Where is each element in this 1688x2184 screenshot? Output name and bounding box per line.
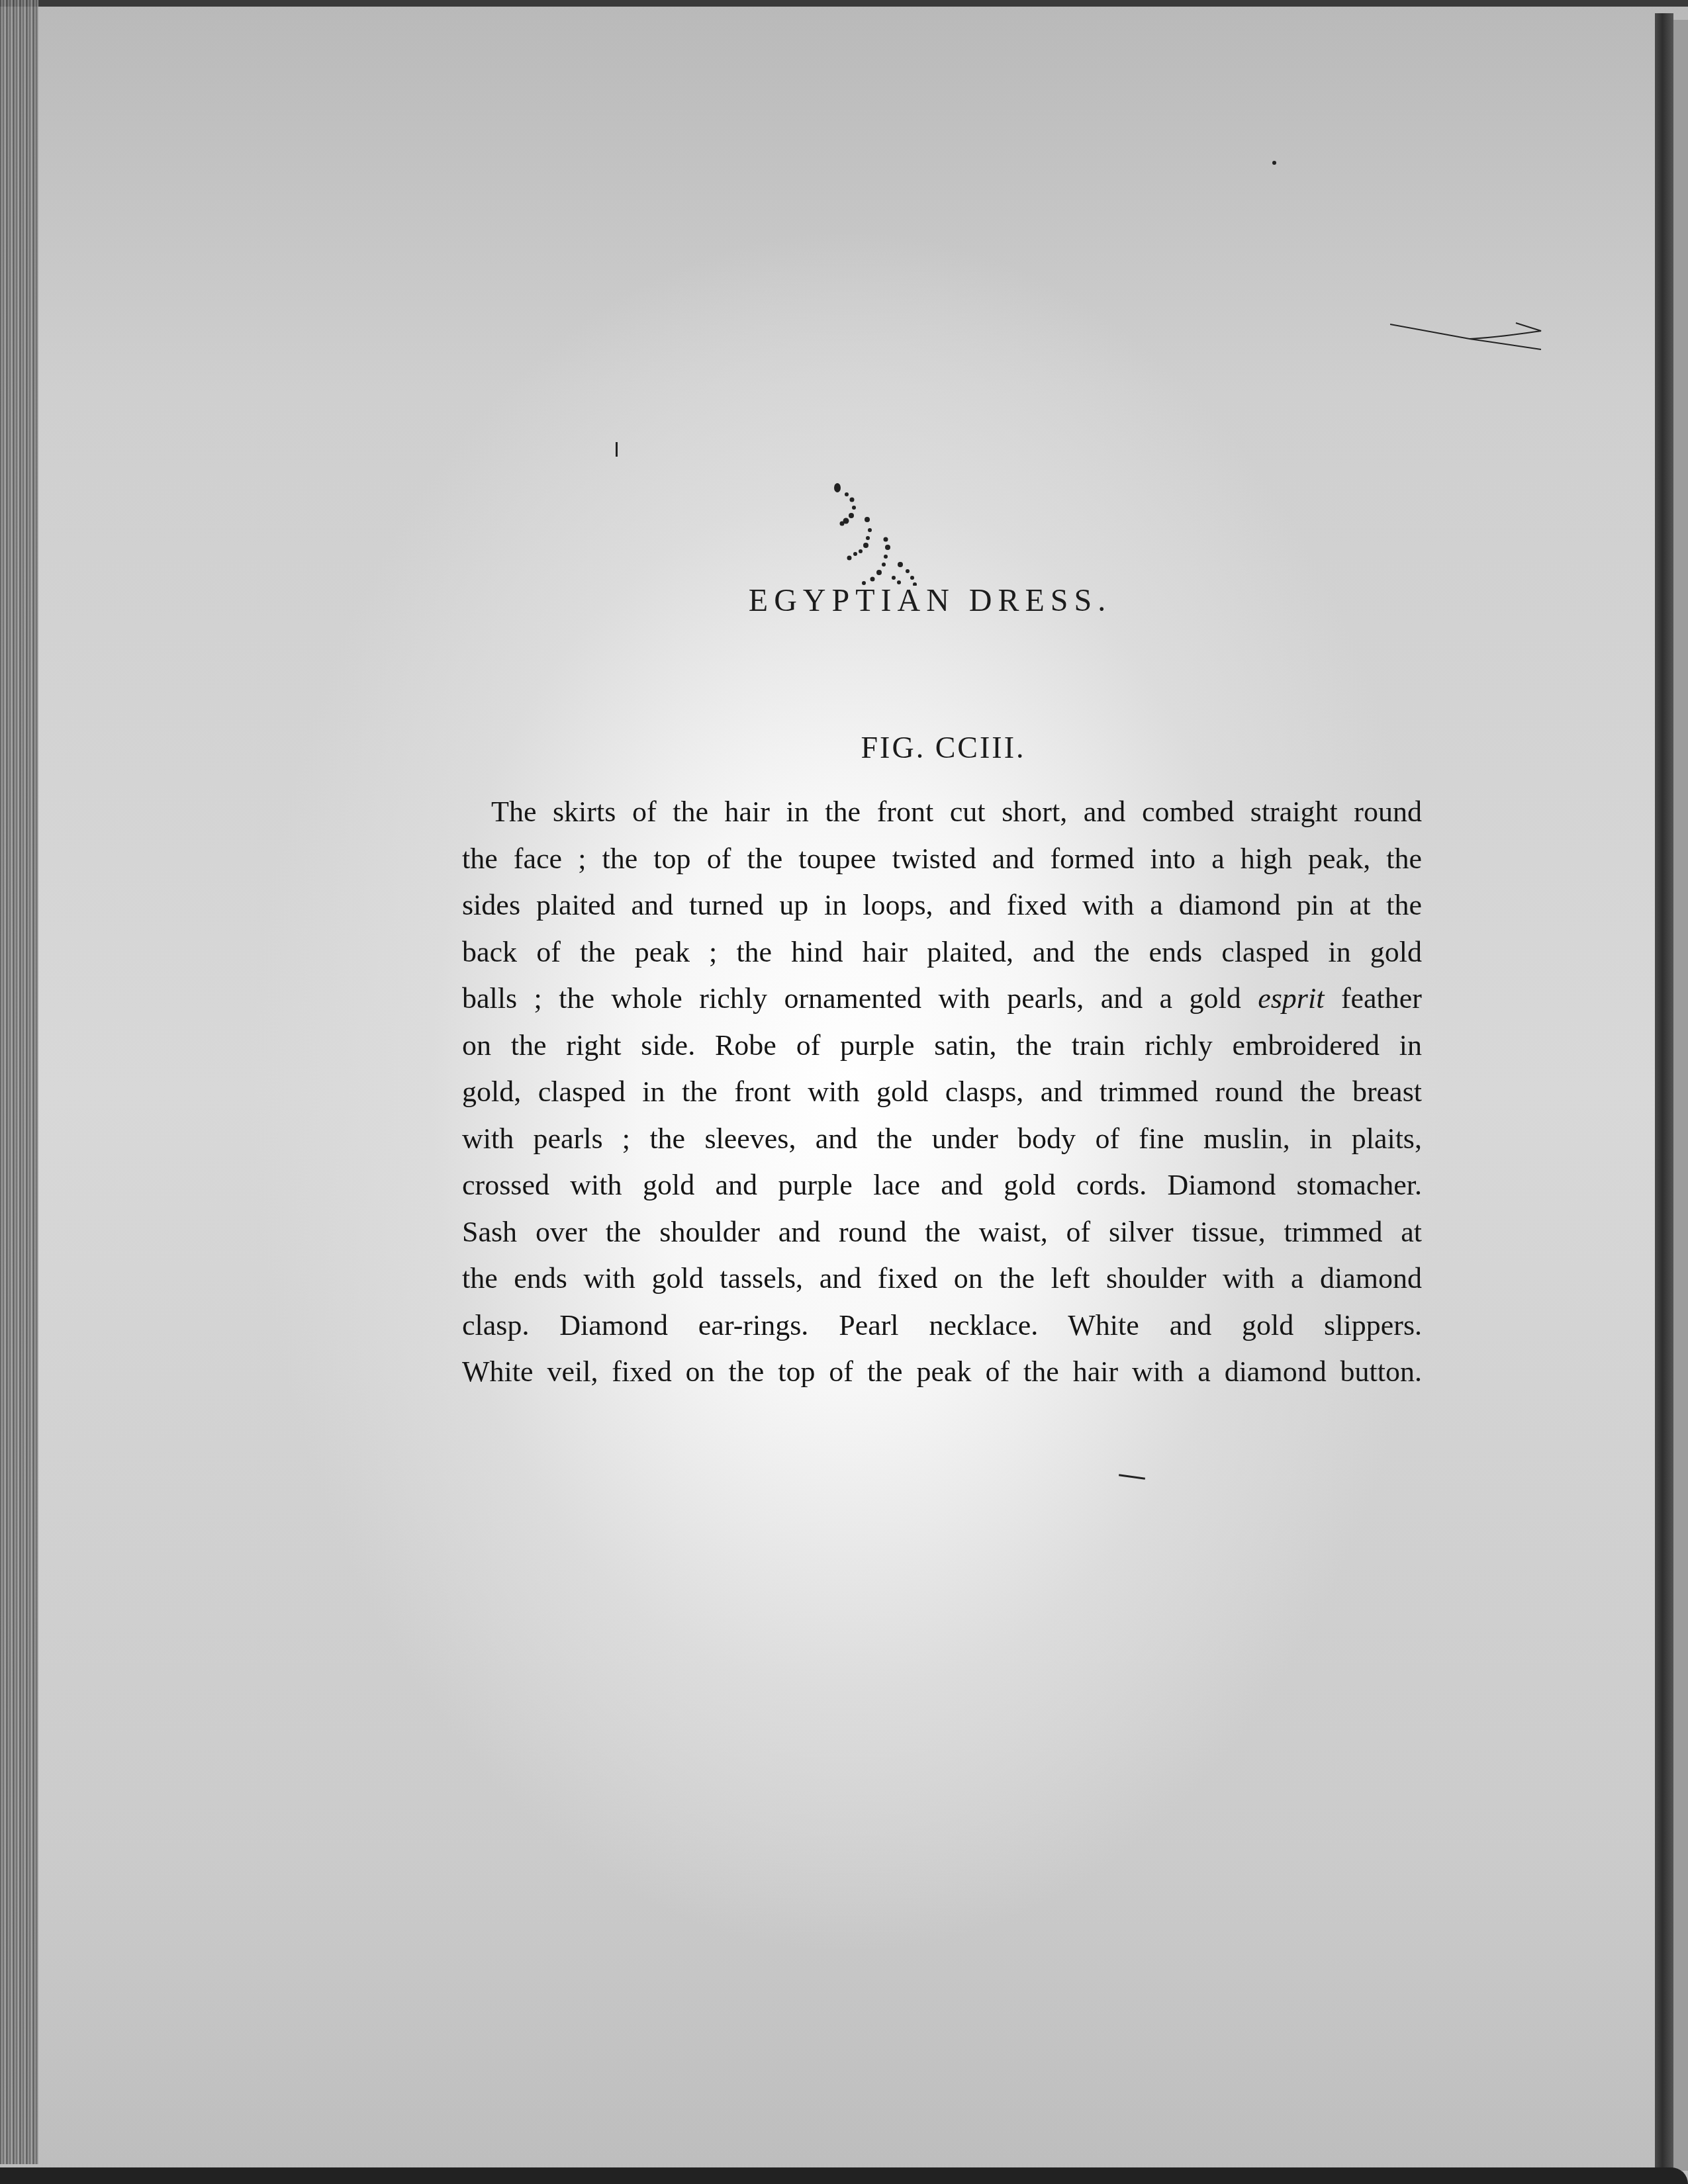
page-title: EGYPTIAN DRESS. [718, 582, 1142, 619]
paragraph-line: the ends with gold tassels, and fixed on… [462, 1255, 1422, 1302]
scan-speck [1272, 161, 1276, 165]
paragraph-line: balls ; the whole richly ornamented with… [462, 976, 1422, 1023]
page-right-edge [1673, 20, 1688, 2171]
paragraph-line: crossed with gold and purple lace and go… [462, 1162, 1422, 1209]
paragraph-line-tail: feather [1341, 982, 1422, 1015]
pencil-arrow-mark-icon [1390, 318, 1542, 351]
paragraph-line: gold, clasped in the front with gold cla… [462, 1069, 1422, 1116]
page-bottom-edge [0, 2167, 1688, 2184]
dotted-serpent-ornament-icon [821, 467, 940, 586]
figure-label-text: FIG. CCIII. [861, 731, 1026, 764]
italic-word: esprit [1258, 982, 1324, 1015]
paragraph-line: sides plaited and turned up in loops, an… [462, 882, 1422, 929]
paragraph-line: the face ; the top of the toupee twisted… [462, 836, 1422, 883]
paragraph-line: back of the peak ; the hind hair plaited… [462, 929, 1422, 976]
paragraph-line: The skirts of the hair in the front cut … [462, 789, 1422, 836]
heading-text: EGYPTIAN DRESS. [749, 583, 1111, 618]
paragraph-line-text: balls ; the whole richly ornamented with… [462, 982, 1241, 1015]
paragraph-line: Sash over the shoulder and round the wai… [462, 1209, 1422, 1256]
page-top-edge [0, 0, 1688, 7]
description-paragraph: The skirts of the hair in the front cut … [462, 789, 1422, 1396]
paragraph-line: on the right side. Robe of purple satin,… [462, 1023, 1422, 1069]
paragraph-line: with pearls ; the sleeves, and the under… [462, 1116, 1422, 1163]
paragraph-line: clasp. Diamond ear-rings. Pearl necklace… [462, 1302, 1422, 1349]
scan-speck [616, 442, 618, 457]
paragraph-line: White veil, fixed on the top of the peak… [462, 1349, 1422, 1396]
scan-speck [1119, 1474, 1145, 1480]
binding-shadow [1655, 13, 1673, 2171]
scanned-page: EGYPTIAN DRESS. FIG. CCIII. The skirts o… [0, 0, 1688, 2184]
page-leaf-edges [0, 0, 38, 2164]
figure-label: FIG. CCIII. [827, 730, 1059, 765]
